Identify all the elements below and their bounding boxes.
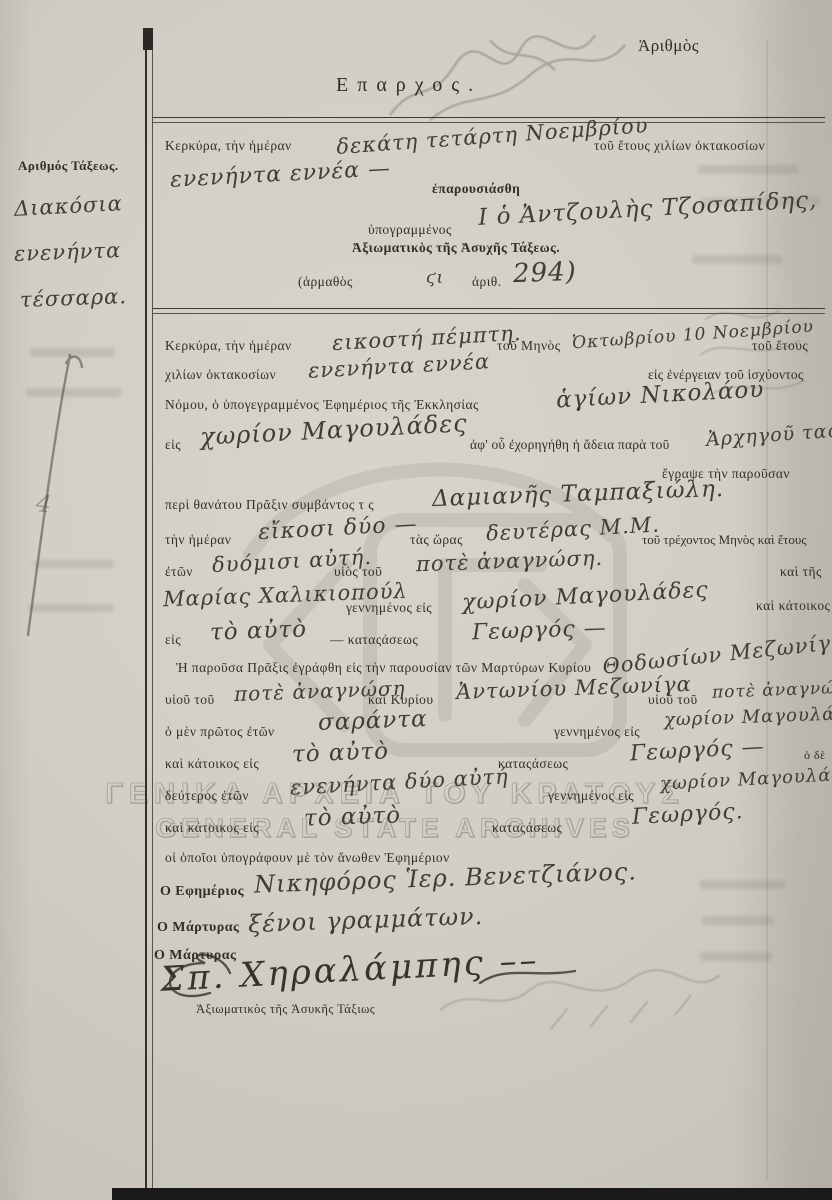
b1-line2-handwritten-year: ενενήντα εννέα — <box>169 156 391 193</box>
b2-l14-mid: καταςάσεως <box>498 756 568 772</box>
b2-l4-pre: εἰς <box>165 437 181 453</box>
b2-l10-pre: εἰς <box>165 632 181 648</box>
margin-handwritten-number-3: τέσσαρα. <box>20 284 128 312</box>
b2-l16-mid: καταςάσεως <box>492 820 562 836</box>
b2-l2-pre: χιλίων ὀκτακοσίων <box>165 367 276 383</box>
b2-l12-pre: υἱοῦ τοῦ <box>165 692 215 708</box>
b2-l1-pre: Κερκύρα, τὴν ἡμέραν <box>165 338 292 354</box>
b2-l14-post: ὁ δὲ <box>804 748 826 763</box>
b2-l17-closing: οἱ ὁποῖοι ὑπογράφουν μὲ τὸν ἄνωθεν Ἐφημέ… <box>165 850 450 866</box>
number-label: Ἀριθμὸς <box>638 36 699 56</box>
b2-l8-mid: υἱὸς τοῦ <box>334 564 382 580</box>
officer-title: Ἀξιωματικὸς τῆς Ἀσυκῆς Τάξιως <box>196 1002 375 1017</box>
archival-death-record-scan: ΓΕΝΙΚΑ ΑΡΧΕΙΑ ΤΟΥ ΚΡΑΤΟΥΣ GENERAL STATE … <box>0 0 832 1200</box>
b2-l1-hw-day: εικοστή πέμπτη. <box>332 321 523 355</box>
b2-l15-pre: δεύτερος ἐτῶν <box>165 788 249 804</box>
bleedthrough-line <box>702 916 774 925</box>
b1-line5-open: (ἁρμαθὸς <box>298 274 353 290</box>
b2-l7-pre: τὴν ἡμέραν <box>165 532 231 548</box>
b2-l1-post: τοῦ ἔτους <box>752 338 808 354</box>
b2-l14-pre: καὶ κάτοικος εἰς <box>165 756 259 772</box>
b1-line2-printed: ἐπαρουσιάσθη <box>432 181 520 197</box>
b1-line1-printed-pre: Κερκύρα, τὴν ἡμέραν <box>165 138 292 154</box>
b2-l4-hw-authority: Ἀρχηγοῦ τας, <box>705 419 832 451</box>
form-left-border <box>145 30 153 1200</box>
b2-l1-month-label: τοῦ Μηνὸς <box>497 338 561 354</box>
b1-line5-num-label: ἀριθ. <box>472 274 502 290</box>
b2-l9-post: καὶ κάτοικος <box>756 598 830 614</box>
priest-label: Ο Εφημέριος <box>160 884 244 900</box>
b2-l4-mid: ἀφ' οὗ ἐχορηγήθη ἡ ἄδεια παρὰ τοῦ <box>470 437 669 453</box>
b2-l13-pre: ὁ μὲν πρῶτος ἐτῶν <box>165 724 275 740</box>
b2-l7-mid: τὰς ὥρας <box>410 532 463 548</box>
b2-l11-pre: Ἡ παροῦσα Πρᾶξις ἐγράφθη εἰς τὴν παρουσί… <box>176 660 591 676</box>
witness1-label: Ο Μάρτυρας <box>157 920 239 936</box>
double-rule-top <box>153 117 825 123</box>
b1-line4-officer-title: Ἀξιωματικὸς τῆς Ἀσυχῆς Τάξεως. <box>352 240 560 256</box>
b2-l12-post: υἱοῦ τοῦ <box>648 692 698 708</box>
b2-l7-post: τοῦ τρέχοντος Μηνὸς καὶ ἔτους <box>642 532 806 548</box>
scan-bottom-black-bar <box>112 1188 832 1200</box>
form-left-border-top-mark <box>143 28 153 50</box>
margin-taxeos-label: Αριθμός Τάξεως. <box>18 158 119 174</box>
b2-l15-mid: γεννημένος εἰς <box>548 788 634 804</box>
b2-l10-mid: — καταςάσεως <box>330 632 418 648</box>
b2-l16-pre: καὶ κάτοικος εἰς <box>165 820 259 836</box>
bleedthrough-line <box>692 255 782 264</box>
b2-l16-hw-occupation: Γεωργός. <box>631 799 744 830</box>
double-rule-middle <box>153 308 825 314</box>
b1-line3-printed: ὑπογραμμένος <box>368 222 452 238</box>
b2-l8-post: καὶ τῆς <box>780 564 822 580</box>
page-title-eparchos: Επαρχος. <box>336 74 482 97</box>
b2-l9-mid: γεννημένος εἰς <box>346 600 432 616</box>
bleedthrough-line <box>698 165 798 174</box>
b2-l12-hw-father2: ποτὲ ἀναγνώση. <box>712 677 832 702</box>
b1-line5-handwritten-series: ϛι <box>426 268 444 288</box>
b2-l13-mid: γεννημένος εἰς <box>554 724 640 740</box>
margin-handwritten-number-2: ενενήντα <box>14 238 122 266</box>
b2-l16-hw-residence: τὸ αὐτὸ <box>304 802 402 831</box>
b2-l15-hw-village: χωρίον Μαγουλάδων. <box>660 762 832 794</box>
margin-handwritten-number-1: Διακόσια <box>13 191 123 221</box>
b1-line5-handwritten-number: 294) <box>512 257 577 289</box>
b2-l14-hw-residence: τὸ αὐτὸ <box>292 738 390 767</box>
b2-l10-hw-residence: τὸ αὐτὸ <box>210 616 308 645</box>
witness1-signature: ξένοι γραμμάτων. <box>248 902 484 938</box>
b2-l6-pre: περὶ θανάτου Πρᾶξιν συμβάντος τ ς <box>165 497 374 513</box>
b2-l13-hw-age: σαράντα <box>318 706 428 736</box>
b1-line1-printed-post: τοῦ ἔτους χιλίων ὀκτακοσίων <box>594 138 765 154</box>
bleedthrough-line <box>700 880 785 889</box>
b2-l10-hw-occupation: Γεωργός — <box>472 616 607 646</box>
b2-l8-pre: ἐτῶν <box>165 564 193 580</box>
